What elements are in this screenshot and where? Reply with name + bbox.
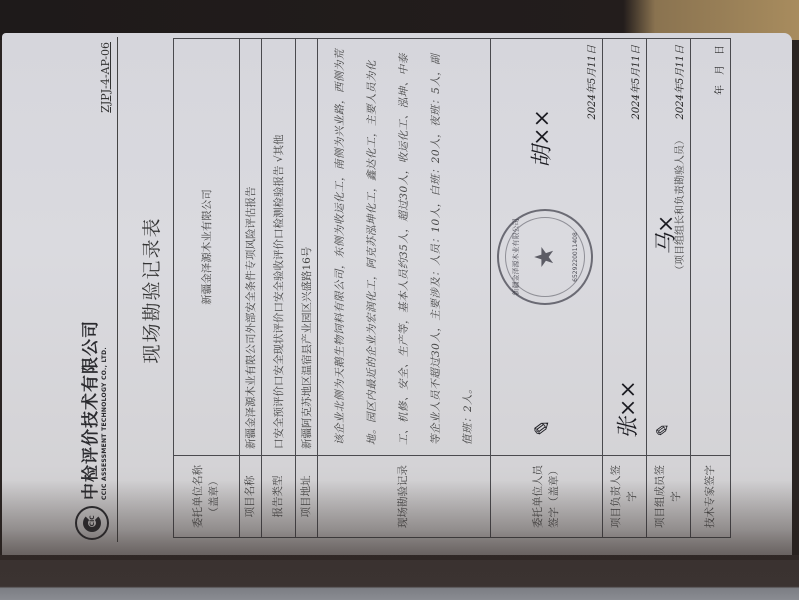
client-sign-date: 2024年5月11日 [583, 45, 598, 120]
table-row: 技术专家签字 年 月 日 [691, 39, 731, 538]
report-type-value: 口安全预评价口安全现状评价口安全验收评价口检测检验报告 √其他 [262, 39, 296, 456]
star-icon: ★ [530, 245, 560, 268]
survey-form-table: 委托单位名称（盖章） 新疆金泽源木业有限公司 项目名称 新疆金泽源木业有限公司外… [173, 38, 731, 538]
client-signature-cell: ✎ 新疆金泽源木业有限公司 ★ 6529220011408 胡×× 2024年5… [491, 39, 603, 456]
project-lead-cell: 张×× 2024年5月11日 [603, 39, 647, 456]
client-name-value: 新疆金泽源木业有限公司 [174, 39, 240, 456]
company-name-en: CCIC ASSESSMENT TECHNOLOGY CO., LTD. [101, 320, 108, 500]
desk-edge [0, 555, 799, 600]
document-code: ZJPJ-4-AP-06 [99, 42, 112, 113]
table-row: 项目地址 新疆阿克苏地区温宿县产业园区兴盛路16号 [296, 39, 318, 538]
team-member-signature-1: ✎ [653, 424, 674, 439]
team-member-note: （项目组组长和负责勘验人员） [671, 135, 686, 275]
table-row: 委托单位人员签字（盖章） ✎ 新疆金泽源木业有限公司 ★ 65292200114… [491, 39, 603, 538]
team-member-cell: ✎ 马× （项目组组长和负责勘验人员） 2024年5月11日 [647, 39, 691, 456]
project-lead-date: 2024年5月11日 [627, 45, 642, 120]
client-signature: ✎ [531, 421, 556, 439]
table-row: 现场勘验记录 该企业北侧为天鹅生物饲料有限公司，东侧为收运化工，南侧为兴业路，西… [318, 39, 491, 538]
project-lead-signature: 张×× [611, 380, 642, 439]
team-member-date: 2024年5月11日 [671, 45, 686, 120]
expert-sign-date: 年 月 日 [711, 45, 726, 95]
table-row: 项目负责人签字 张×× 2024年5月11日 [603, 39, 647, 538]
header-divider [117, 37, 118, 542]
survey-record-handwriting: 该企业北侧为天鹅生物饲料有限公司，东侧为收运化工，南侧为兴业路，西侧为荒地。园区… [318, 39, 491, 456]
photo-shadow [0, 480, 799, 560]
table-row: 项目名称 新疆金泽源木业有限公司外部安全条件专项风险评估报告 [240, 39, 262, 538]
table-row: 项目组成员签字 ✎ 马× （项目组组长和负责勘验人员） 2024年5月11日 [647, 39, 691, 538]
project-address-value: 新疆阿克苏地区温宿县产业园区兴盛路16号 [296, 39, 318, 456]
page-title: 现场勘验记录表 [137, 30, 164, 550]
survey-record-document: CCIC 中检评价技术有限公司 CCIC ASSESSMENT TECHNOLO… [55, 30, 755, 550]
expert-signature-cell: 年 月 日 [691, 39, 731, 456]
company-seal: 新疆金泽源木业有限公司 ★ 6529220011408 [497, 209, 593, 305]
table-row: 报告类型 口安全预评价口安全现状评价口安全验收评价口检测检验报告 √其他 [262, 39, 296, 538]
client-signer-name: 胡×× [525, 109, 556, 168]
company-name-cn: 中检评价技术有限公司 [76, 320, 101, 500]
project-name-value: 新疆金泽源木业有限公司外部安全条件专项风险评估报告 [240, 39, 262, 456]
table-row: 委托单位名称（盖章） 新疆金泽源木业有限公司 [174, 39, 240, 538]
